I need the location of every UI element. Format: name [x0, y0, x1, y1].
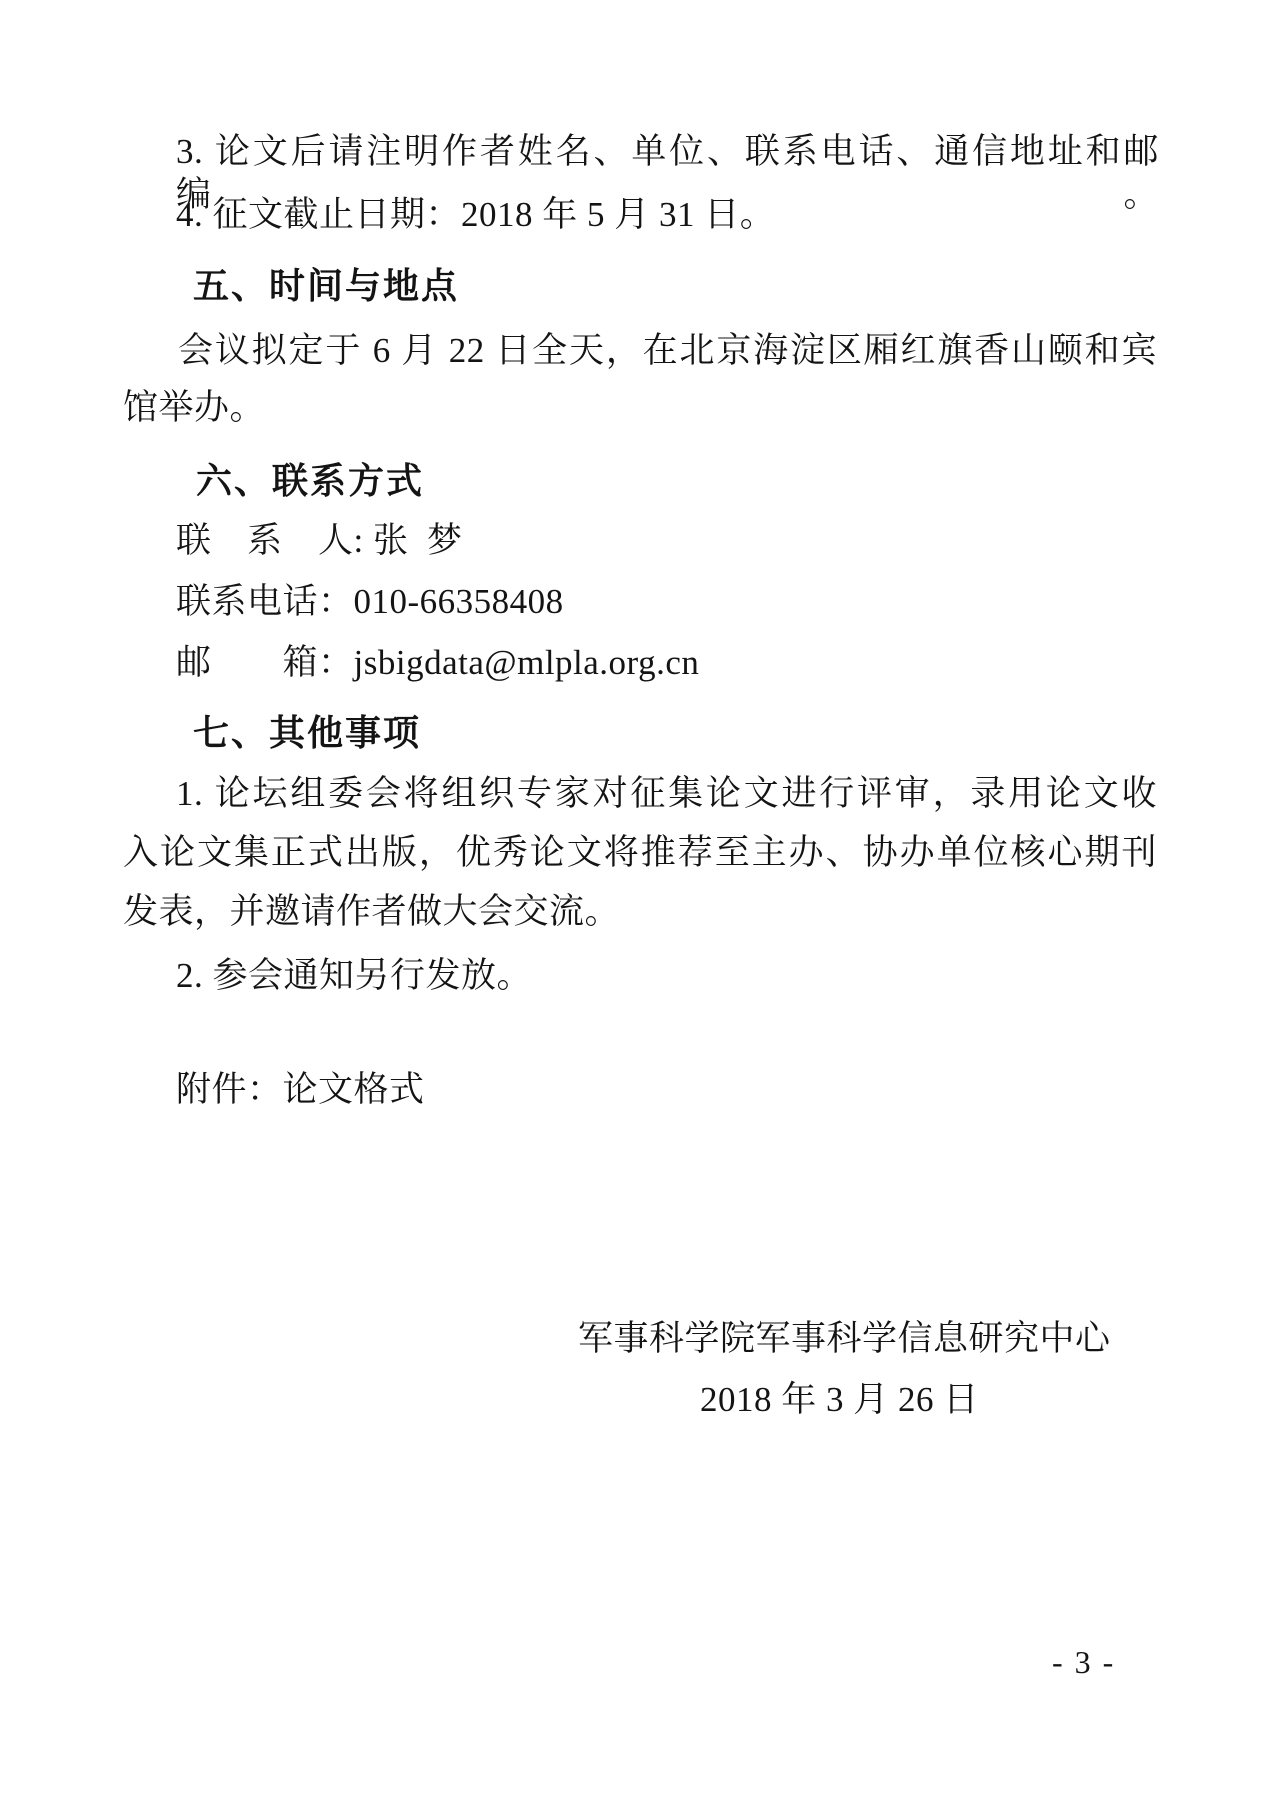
other-item-2: 2. 参会通知另行发放。 — [176, 955, 532, 998]
other-item-1-line-1: 1. 论坛组委会将组织专家对征集论文进行评审，录用论文收 — [176, 773, 1157, 816]
contact-email: 邮 箱：jsbigdata@mlpla.org.cn — [176, 642, 699, 685]
attachment-note: 附件：论文格式 — [176, 1069, 425, 1112]
contact-person: 联 系 人: 张 梦 — [176, 520, 462, 563]
signature-organization: 军事科学院军事科学信息研究中心 — [578, 1318, 1111, 1361]
other-item-1-line-3: 发表，并邀请作者做大会交流。 — [123, 891, 620, 934]
contact-phone: 联系电话：010-66358408 — [176, 581, 564, 624]
time-place-paragraph-line-2: 馆举办。 — [123, 387, 265, 430]
time-place-paragraph-line-1: 会议拟定于 6 月 22 日全天，在北京海淀区厢红旗香山颐和宾 — [178, 330, 1157, 373]
page-number: - 3 - — [1052, 1643, 1115, 1682]
other-item-1-line-2: 入论文集正式出版，优秀论文将推荐至主办、协办单位核心期刊 — [123, 832, 1157, 875]
list-item-4: 4. 征文截止日期：2018 年 5 月 31 日。 — [176, 194, 775, 237]
signature-date: 2018 年 3 月 26 日 — [700, 1379, 979, 1422]
section-heading-time-place: 五、时间与地点 — [193, 264, 459, 308]
section-heading-other: 七、其他事项 — [193, 711, 421, 755]
document-page: 3. 论文后请注明作者姓名、单位、联系电话、通信地址和邮编。 4. 征文截止日期… — [0, 0, 1280, 1810]
section-heading-contact: 六、联系方式 — [196, 459, 424, 503]
